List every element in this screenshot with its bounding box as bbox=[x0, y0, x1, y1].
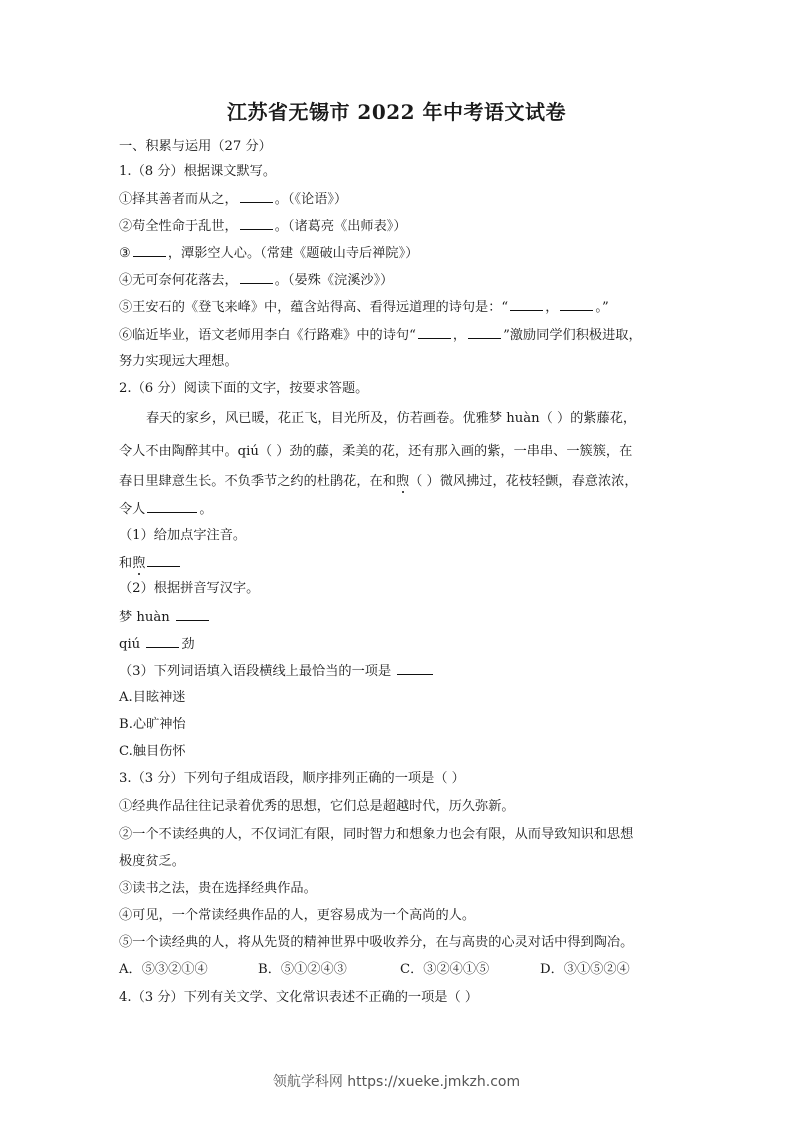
question-1-stem: 1.（8 分）根据课文默写。 bbox=[119, 163, 276, 181]
q1-item-4-source: 。（晏殊《浣溪沙》） bbox=[275, 273, 394, 288]
answer-blank[interactable] bbox=[133, 244, 166, 257]
answer-blank[interactable] bbox=[240, 190, 273, 203]
pinyin-huan: 梦 huàn bbox=[119, 610, 170, 625]
exam-title: 江苏省无锡市 2022 年中考语文试卷 bbox=[0, 96, 793, 125]
q3-sentence-2: ②一个不读经典的人，不仅词汇有限，同时智力和想象力也会有限，从而导致知识和思想 bbox=[119, 826, 633, 844]
answer-blank[interactable] bbox=[418, 326, 451, 339]
q1-item-5: ⑤王安石的《登飞来峰》中，蕴含站得高、看得远道理的诗句是：“，。” bbox=[119, 298, 609, 317]
answer-blank[interactable] bbox=[560, 298, 593, 311]
passage-line-4: 令人。 bbox=[119, 500, 213, 519]
word-suffix: 劲 bbox=[181, 637, 194, 652]
pinyin-qiu: qiú bbox=[119, 637, 140, 652]
passage-line-2: 令人不由陶醉其中。qiú（ ）劲的藤，柔美的花，还有那入画的紫，一串串、一簇簇，… bbox=[119, 443, 632, 461]
q1-item-1-source: 。（《论语》） bbox=[275, 192, 348, 207]
answer-blank[interactable] bbox=[510, 298, 543, 311]
q3-choice-d[interactable]: D．③①⑤②④ bbox=[540, 961, 630, 979]
q3-sentence-2-cont: 极度贫乏。 bbox=[119, 853, 185, 871]
q1-item-4-text: ④无可奈何花落去， bbox=[119, 273, 238, 288]
question-3-stem: 3.（3 分）下列句子组成语段，顺序排列正确的一项是（ ） bbox=[119, 770, 465, 788]
q1-item-6-text: ⑥临近毕业，语文老师用李白《行路难》中的诗句“ bbox=[119, 328, 416, 343]
watermark-footer: 领航学科网 https://xueke.jmkzh.com bbox=[0, 1071, 793, 1091]
passage-line-3: 春日里肆意生长。不负季节之约的杜鹃花，在和煦（ ）微风拂过，花枝轻颤，春意浓浓， bbox=[119, 473, 638, 491]
answer-blank[interactable] bbox=[146, 635, 179, 648]
separator: ， bbox=[545, 300, 558, 315]
q1-item-6-cont: 努力实现远大理想。 bbox=[119, 353, 238, 371]
closing-quote: 。” bbox=[595, 300, 608, 315]
q2-sub2: （2）根据拼音写汉字。 bbox=[119, 580, 259, 598]
q3-choice-b[interactable]: B．⑤①②④③ bbox=[258, 961, 347, 979]
q2-sub3: （3）下列词语填入语段横线上最恰当的一项是 bbox=[119, 662, 435, 681]
answer-blank[interactable] bbox=[147, 554, 180, 567]
section-heading: 一、积累与运用（27 分） bbox=[119, 138, 272, 156]
q1-item-2-source: 。（诸葛亮《出师表》） bbox=[275, 219, 407, 234]
answer-blank[interactable] bbox=[240, 217, 273, 230]
q1-item-3-source: ，潭影空人心。（常建《题破山寺后禅院》） bbox=[168, 246, 419, 261]
q2-option-a[interactable]: A.目眩神迷 bbox=[119, 689, 185, 707]
word-prefix: 和 bbox=[119, 556, 132, 571]
q1-item-4: ④无可奈何花落去，。（晏殊《浣溪沙》） bbox=[119, 271, 393, 290]
exam-page: 江苏省无锡市 2022 年中考语文试卷 一、积累与运用（27 分） 1.（8 分… bbox=[0, 0, 793, 1122]
section-heading-text: 一、积累与运用（27 分） bbox=[119, 139, 272, 154]
q1-item-2: ②苟全性命于乱世，。（诸葛亮《出师表》） bbox=[119, 217, 407, 236]
passage-line-3-text: 春日里肆意生长。不负季节之约的杜鹃花，在和 bbox=[119, 474, 396, 489]
answer-blank[interactable] bbox=[176, 608, 209, 621]
q1-item-3-text: ③ bbox=[119, 246, 131, 261]
answer-blank[interactable] bbox=[240, 271, 273, 284]
q3-sentence-1: ①经典作品往往记录着优秀的思想，它们总是超越时代，历久弥新。 bbox=[119, 798, 515, 816]
q1-item-6-tail: ”激励同学们积极进取， bbox=[503, 328, 642, 343]
dotted-char: 煦 bbox=[132, 556, 145, 571]
q1-item-5-text: ⑤王安石的《登飞来峰》中，蕴含站得高、看得远道理的诗句是：“ bbox=[119, 300, 508, 315]
q2-sub1: （1）给加点字注音。 bbox=[119, 527, 246, 545]
question-2-stem: 2.（6 分）阅读下面的文字，按要求答题。 bbox=[119, 380, 368, 398]
q3-choice-a[interactable]: A．⑤③②①④ bbox=[119, 961, 208, 979]
q3-sentence-4: ④可见，一个常读经典作品的人，更容易成为一个高尚的人。 bbox=[119, 907, 475, 925]
q2-option-c[interactable]: C.触目伤怀 bbox=[119, 743, 186, 761]
q1-item-1: ①择其善者而从之，。（《论语》） bbox=[119, 190, 347, 209]
q2-sub2-item-b: qiú 劲 bbox=[119, 635, 195, 654]
separator: ， bbox=[453, 328, 466, 343]
q2-sub1-item: 和煦 bbox=[119, 554, 182, 573]
q3-sentence-5: ⑤一个读经典的人，将从先贤的精神世界中吸收养分，在与高贵的心灵对话中得到陶冶。 bbox=[119, 934, 633, 952]
q1-item-6: ⑥临近毕业，语文老师用李白《行路难》中的诗句“，”激励同学们积极进取， bbox=[119, 326, 642, 345]
period: 。 bbox=[199, 502, 212, 517]
answer-blank[interactable] bbox=[468, 326, 501, 339]
q3-choice-c[interactable]: C．③②④①⑤ bbox=[400, 961, 489, 979]
answer-blank[interactable] bbox=[147, 500, 197, 513]
q1-item-3: ③，潭影空人心。（常建《题破山寺后禅院》） bbox=[119, 244, 418, 263]
q1-item-2-text: ②苟全性命于乱世， bbox=[119, 219, 238, 234]
q3-sentence-3: ③读书之法，贵在选择经典作品。 bbox=[119, 880, 317, 898]
q2-option-b[interactable]: B.心旷神怡 bbox=[119, 716, 186, 734]
q2-sub3-text: （3）下列词语填入语段横线上最恰当的一项是 bbox=[119, 664, 391, 679]
question-4-stem: 4.（3 分）下列有关文学、文化常识表述不正确的一项是（ ） bbox=[119, 989, 478, 1007]
q2-sub2-item-a: 梦 huàn bbox=[119, 608, 211, 627]
dotted-char: 煦 bbox=[396, 474, 409, 489]
q1-item-1-text: ①择其善者而从之， bbox=[119, 192, 238, 207]
passage-line-4-text: 令人 bbox=[119, 502, 145, 517]
passage-line-1: 春天的家乡，风已暖，花正飞，目光所及，仿若画卷。优雅梦 huàn（ ）的紫藤花， bbox=[146, 410, 636, 428]
passage-line-3-tail: （ ）微风拂过，花枝轻颤，春意浓浓， bbox=[409, 474, 637, 489]
answer-blank[interactable] bbox=[397, 662, 433, 675]
